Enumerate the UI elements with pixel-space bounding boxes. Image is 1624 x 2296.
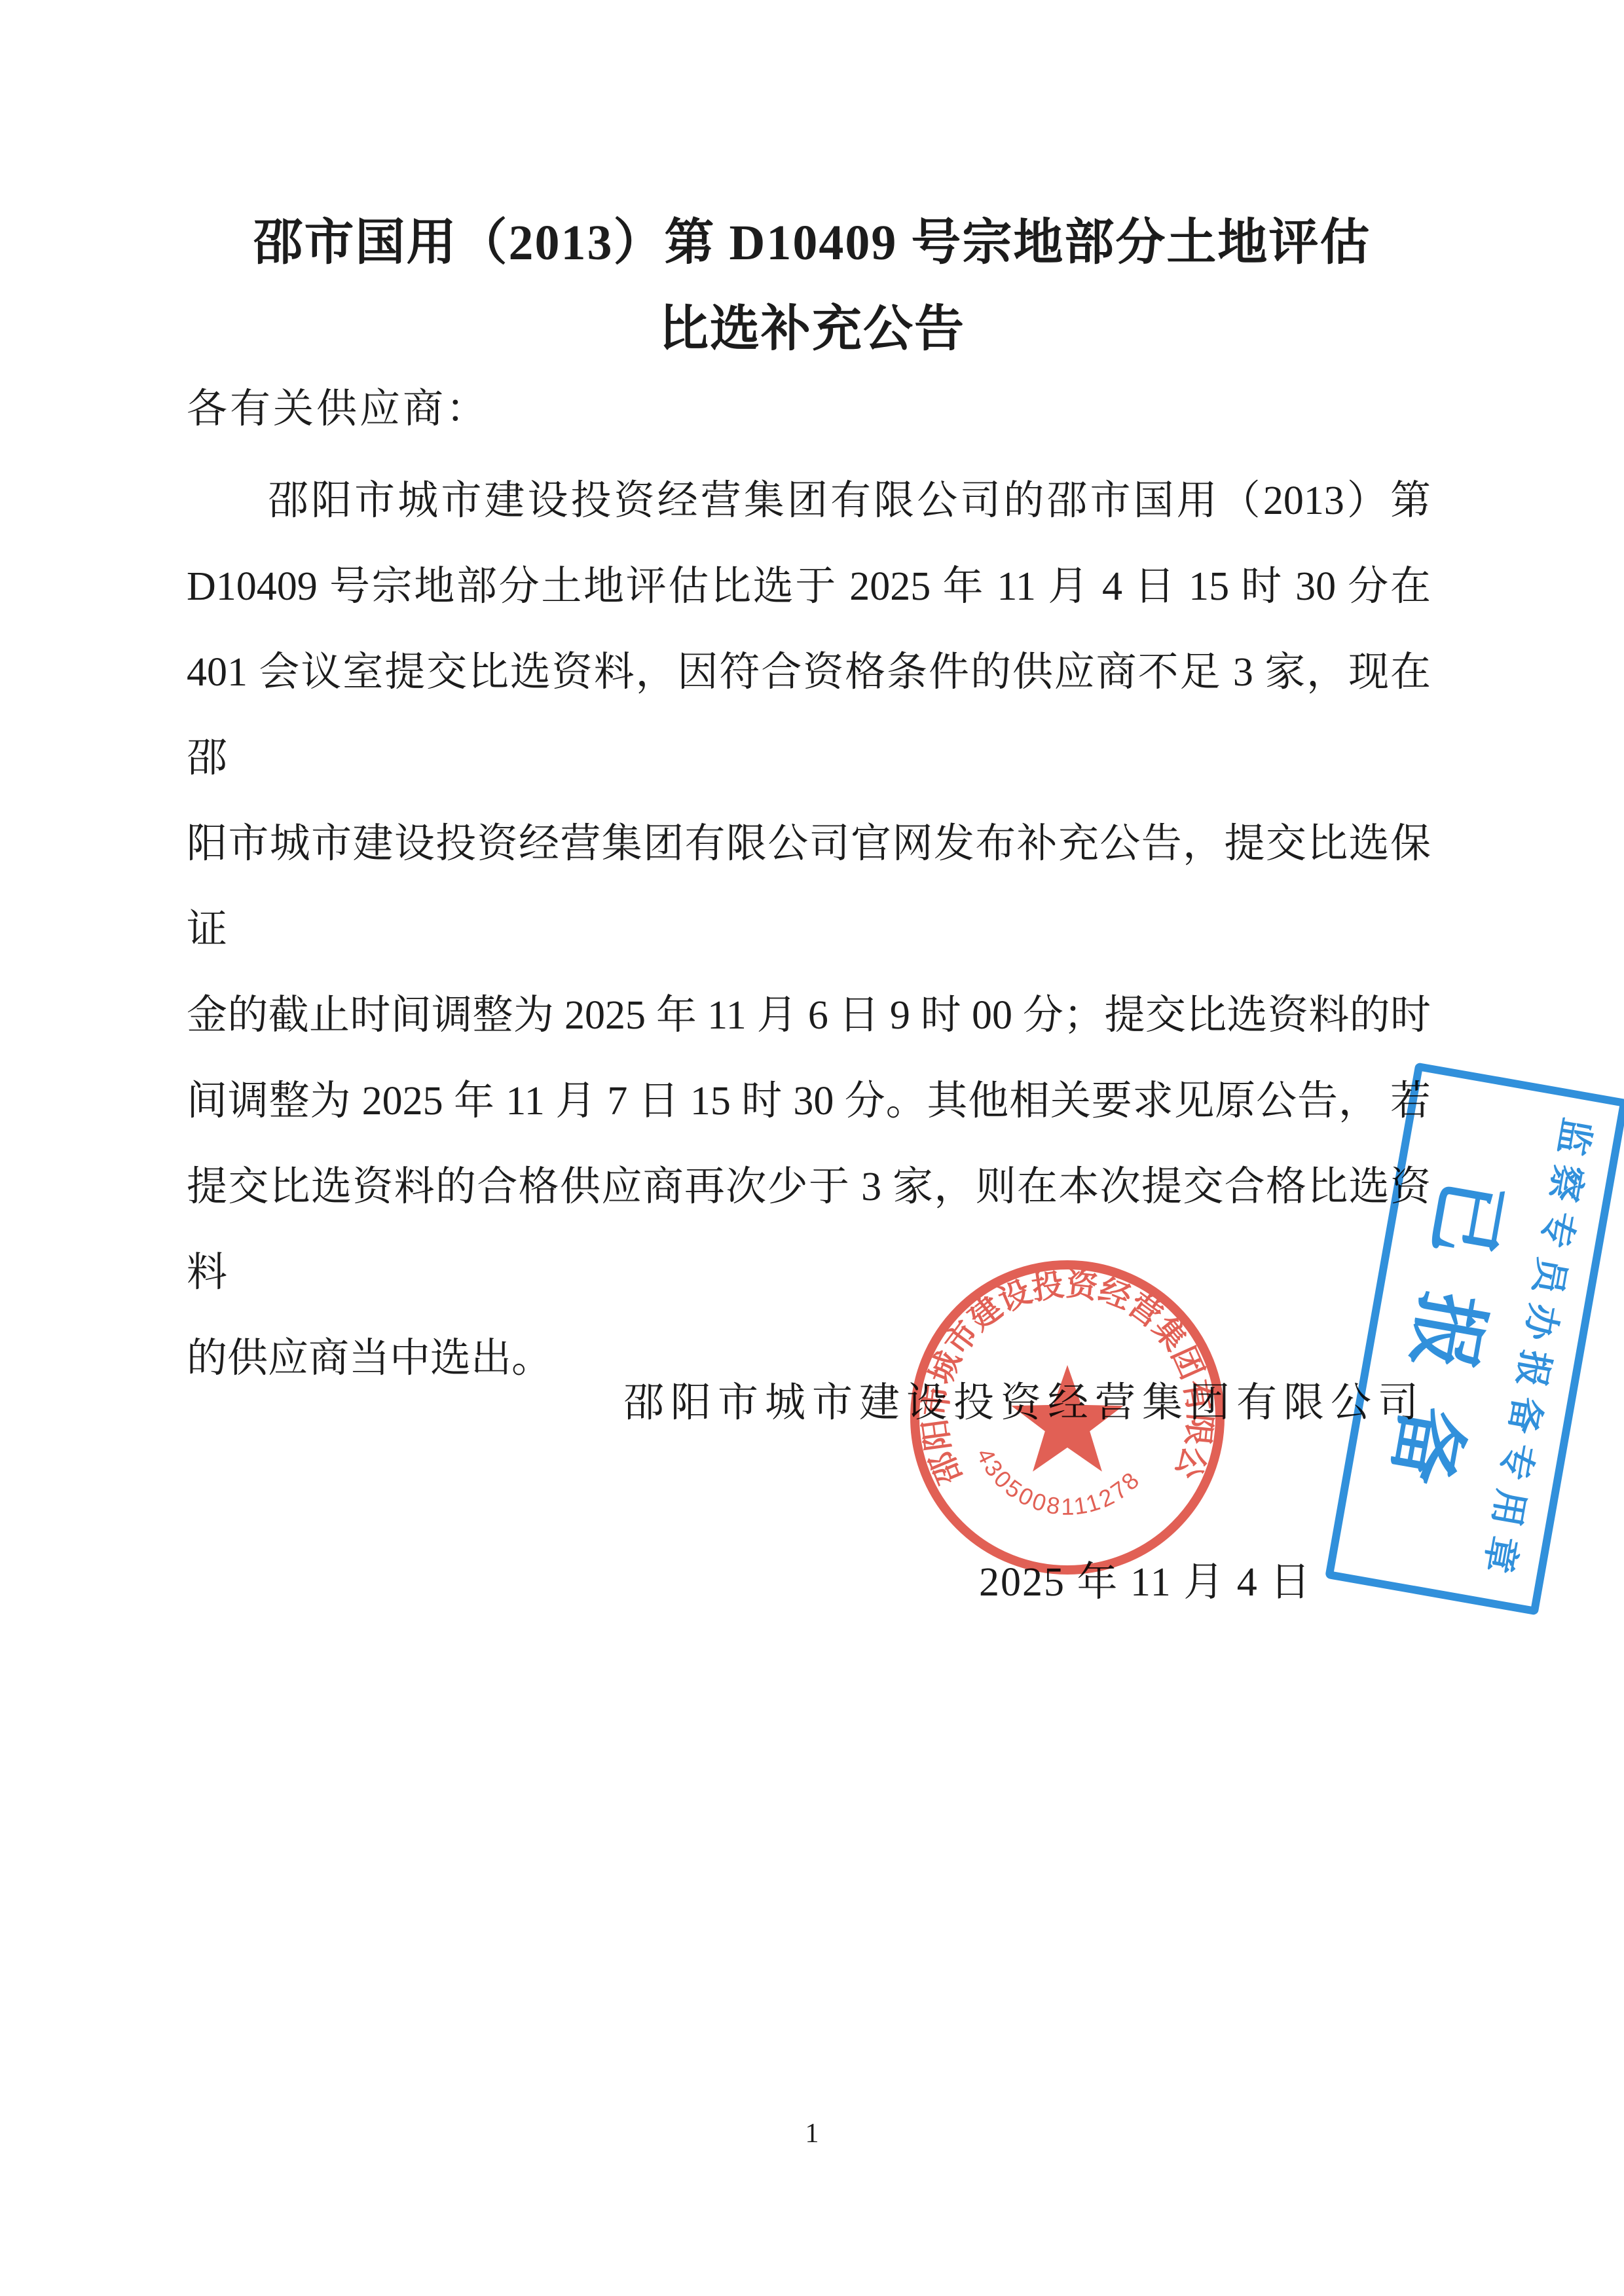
document-page: 邵市国用（2013）第 D10409 号宗地部分土地评估 比选补充公告 各有关供… [0, 0, 1624, 2296]
document-title-line1: 邵市国用（2013）第 D10409 号宗地部分土地评估 [0, 200, 1624, 286]
page-number: 1 [0, 2118, 1624, 2149]
paragraph-line: 401 会议室提交比选资料，因符合资格条件的供应商不足 3 家，现在邵 [187, 630, 1431, 801]
document-title: 邵市国用（2013）第 D10409 号宗地部分土地评估 比选补充公告 [0, 200, 1624, 373]
paragraph-line: 金的截止时间调整为 2025 年 11 月 6 日 9 时 00 分；提交比选资… [187, 973, 1431, 1059]
salutation: 各有关供应商： [187, 380, 489, 439]
paragraph-line: 间调整为 2025 年 11 月 7 日 15 时 30 分。其他相关要求见原公… [187, 1059, 1431, 1144]
seal-code-text: 4305008111278 [971, 1444, 1146, 1520]
paragraph-line: 阳市城市建设投资经营集团有限公司官网发布补充公告，提交比选保证 [187, 801, 1431, 973]
paragraph-line: 邵阳市城市建设投资经营集团有限公司的邵市国用（2013）第 [187, 458, 1431, 544]
paragraph-line: D10409 号宗地部分土地评估比选于 2025 年 11 月 4 日 15 时… [187, 544, 1431, 630]
svg-text:4305008111278: 4305008111278 [971, 1444, 1146, 1520]
document-title-line2: 比选补充公告 [0, 286, 1624, 373]
document-date: 2025 年 11 月 4 日 [979, 1549, 1312, 1607]
body-paragraph: 邵阳市城市建设投资经营集团有限公司的邵市国用（2013）第D10409 号宗地部… [187, 458, 1431, 1402]
signature-company-name: 邵阳市城市建设投资经营集团有限公司 [623, 1370, 1425, 1428]
paragraph-line: 提交比选资料的合格供应商再次少于 3 家，则在本次提交合格比选资料 [187, 1144, 1431, 1316]
